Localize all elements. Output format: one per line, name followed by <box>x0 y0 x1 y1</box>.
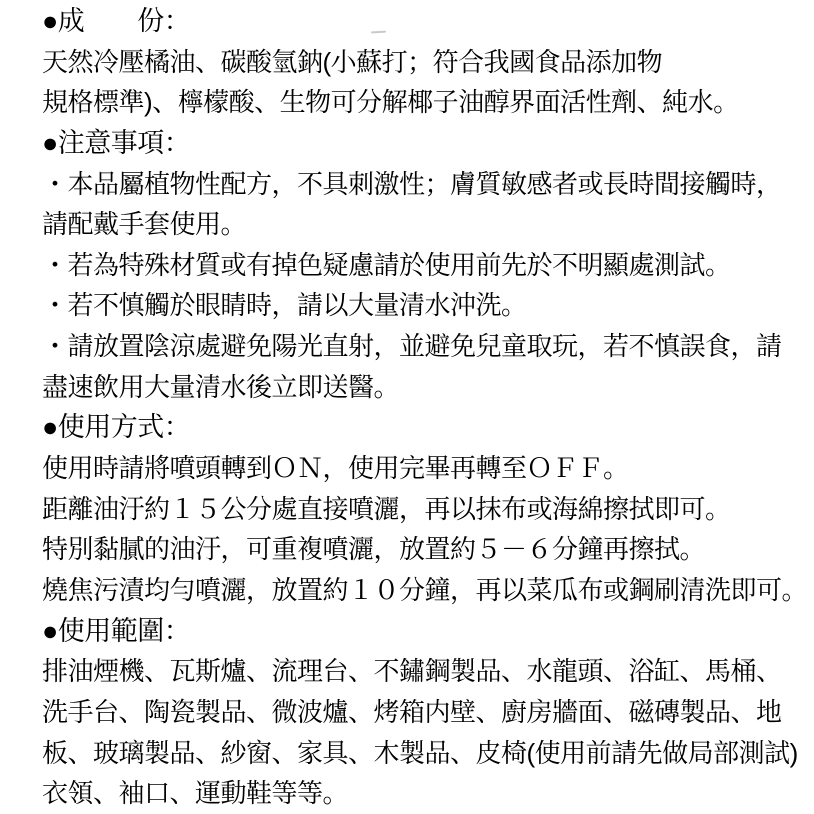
usage-line-4: 燒焦污漬均勻噴灑，放置約１０分鐘，再以菜瓜布或鋼刷清洗即可。 <box>42 570 776 611</box>
usage-line-2: 距離油汙約１５公分處直接噴灑，再以抹布或海綿擦拭即可。 <box>42 489 776 530</box>
product-label-document: ●成 份： 天然冷壓橘油、碳酸氫鈉(小蘇打；符合我國食品添加物 規格標準)、檸檬… <box>0 0 814 814</box>
ingredients-line-2: 規格標準)、檸檬酸、生物可分解椰子油醇界面活性劑、純水。 <box>42 82 776 123</box>
caution-line-6: 盡速飲用大量清水後立即送醫。 <box>42 367 776 408</box>
section-title-usage: ●使用方式： <box>42 407 776 448</box>
scope-line-1: 排油煙機、瓦斯爐、流理台、不鏽鋼製品、水龍頭、浴缸、馬桶、 <box>42 651 776 692</box>
section-title-ingredients: ●成 份： <box>42 1 776 42</box>
caution-line-1: ・本品屬植物性配方，不具刺激性；膚質敏感者或長時間接觸時， <box>42 164 776 205</box>
caution-line-4: ・若不慎觸於眼睛時，請以大量清水沖洗。 <box>42 285 776 326</box>
scope-line-2: 洗手台、陶瓷製品、微波爐、烤箱内壁、廚房牆面、磁磚製品、地 <box>42 692 776 733</box>
section-title-applicable-surfaces: ●使用範圍： <box>42 611 776 652</box>
ingredients-line-1: 天然冷壓橘油、碳酸氫鈉(小蘇打；符合我國食品添加物 <box>42 42 776 83</box>
usage-line-3: 特別黏膩的油汙，可重複噴灑，放置約５－６分鐘再擦拭。 <box>42 529 776 570</box>
scope-line-3: 板、玻璃製品、紗窗、家具、木製品、皮椅(使用前請先做局部測試) <box>42 733 776 774</box>
caution-line-2: 請配戴手套使用。 <box>42 204 776 245</box>
caution-line-3: ・若為特殊材質或有掉色疑慮請於使用前先於不明顯處測試。 <box>42 245 776 286</box>
section-title-cautions: ●注意事項： <box>42 123 776 164</box>
usage-line-1: 使用時請將噴頭轉到ＯＮ，使用完畢再轉至ＯＦＦ。 <box>42 448 776 489</box>
caution-line-5: ・請放置陰涼處避免陽光直射，並避免兒童取玩，若不慎誤食，請 <box>42 326 776 367</box>
scope-line-4: 衣領、袖口、運動鞋等等。 <box>42 773 776 814</box>
